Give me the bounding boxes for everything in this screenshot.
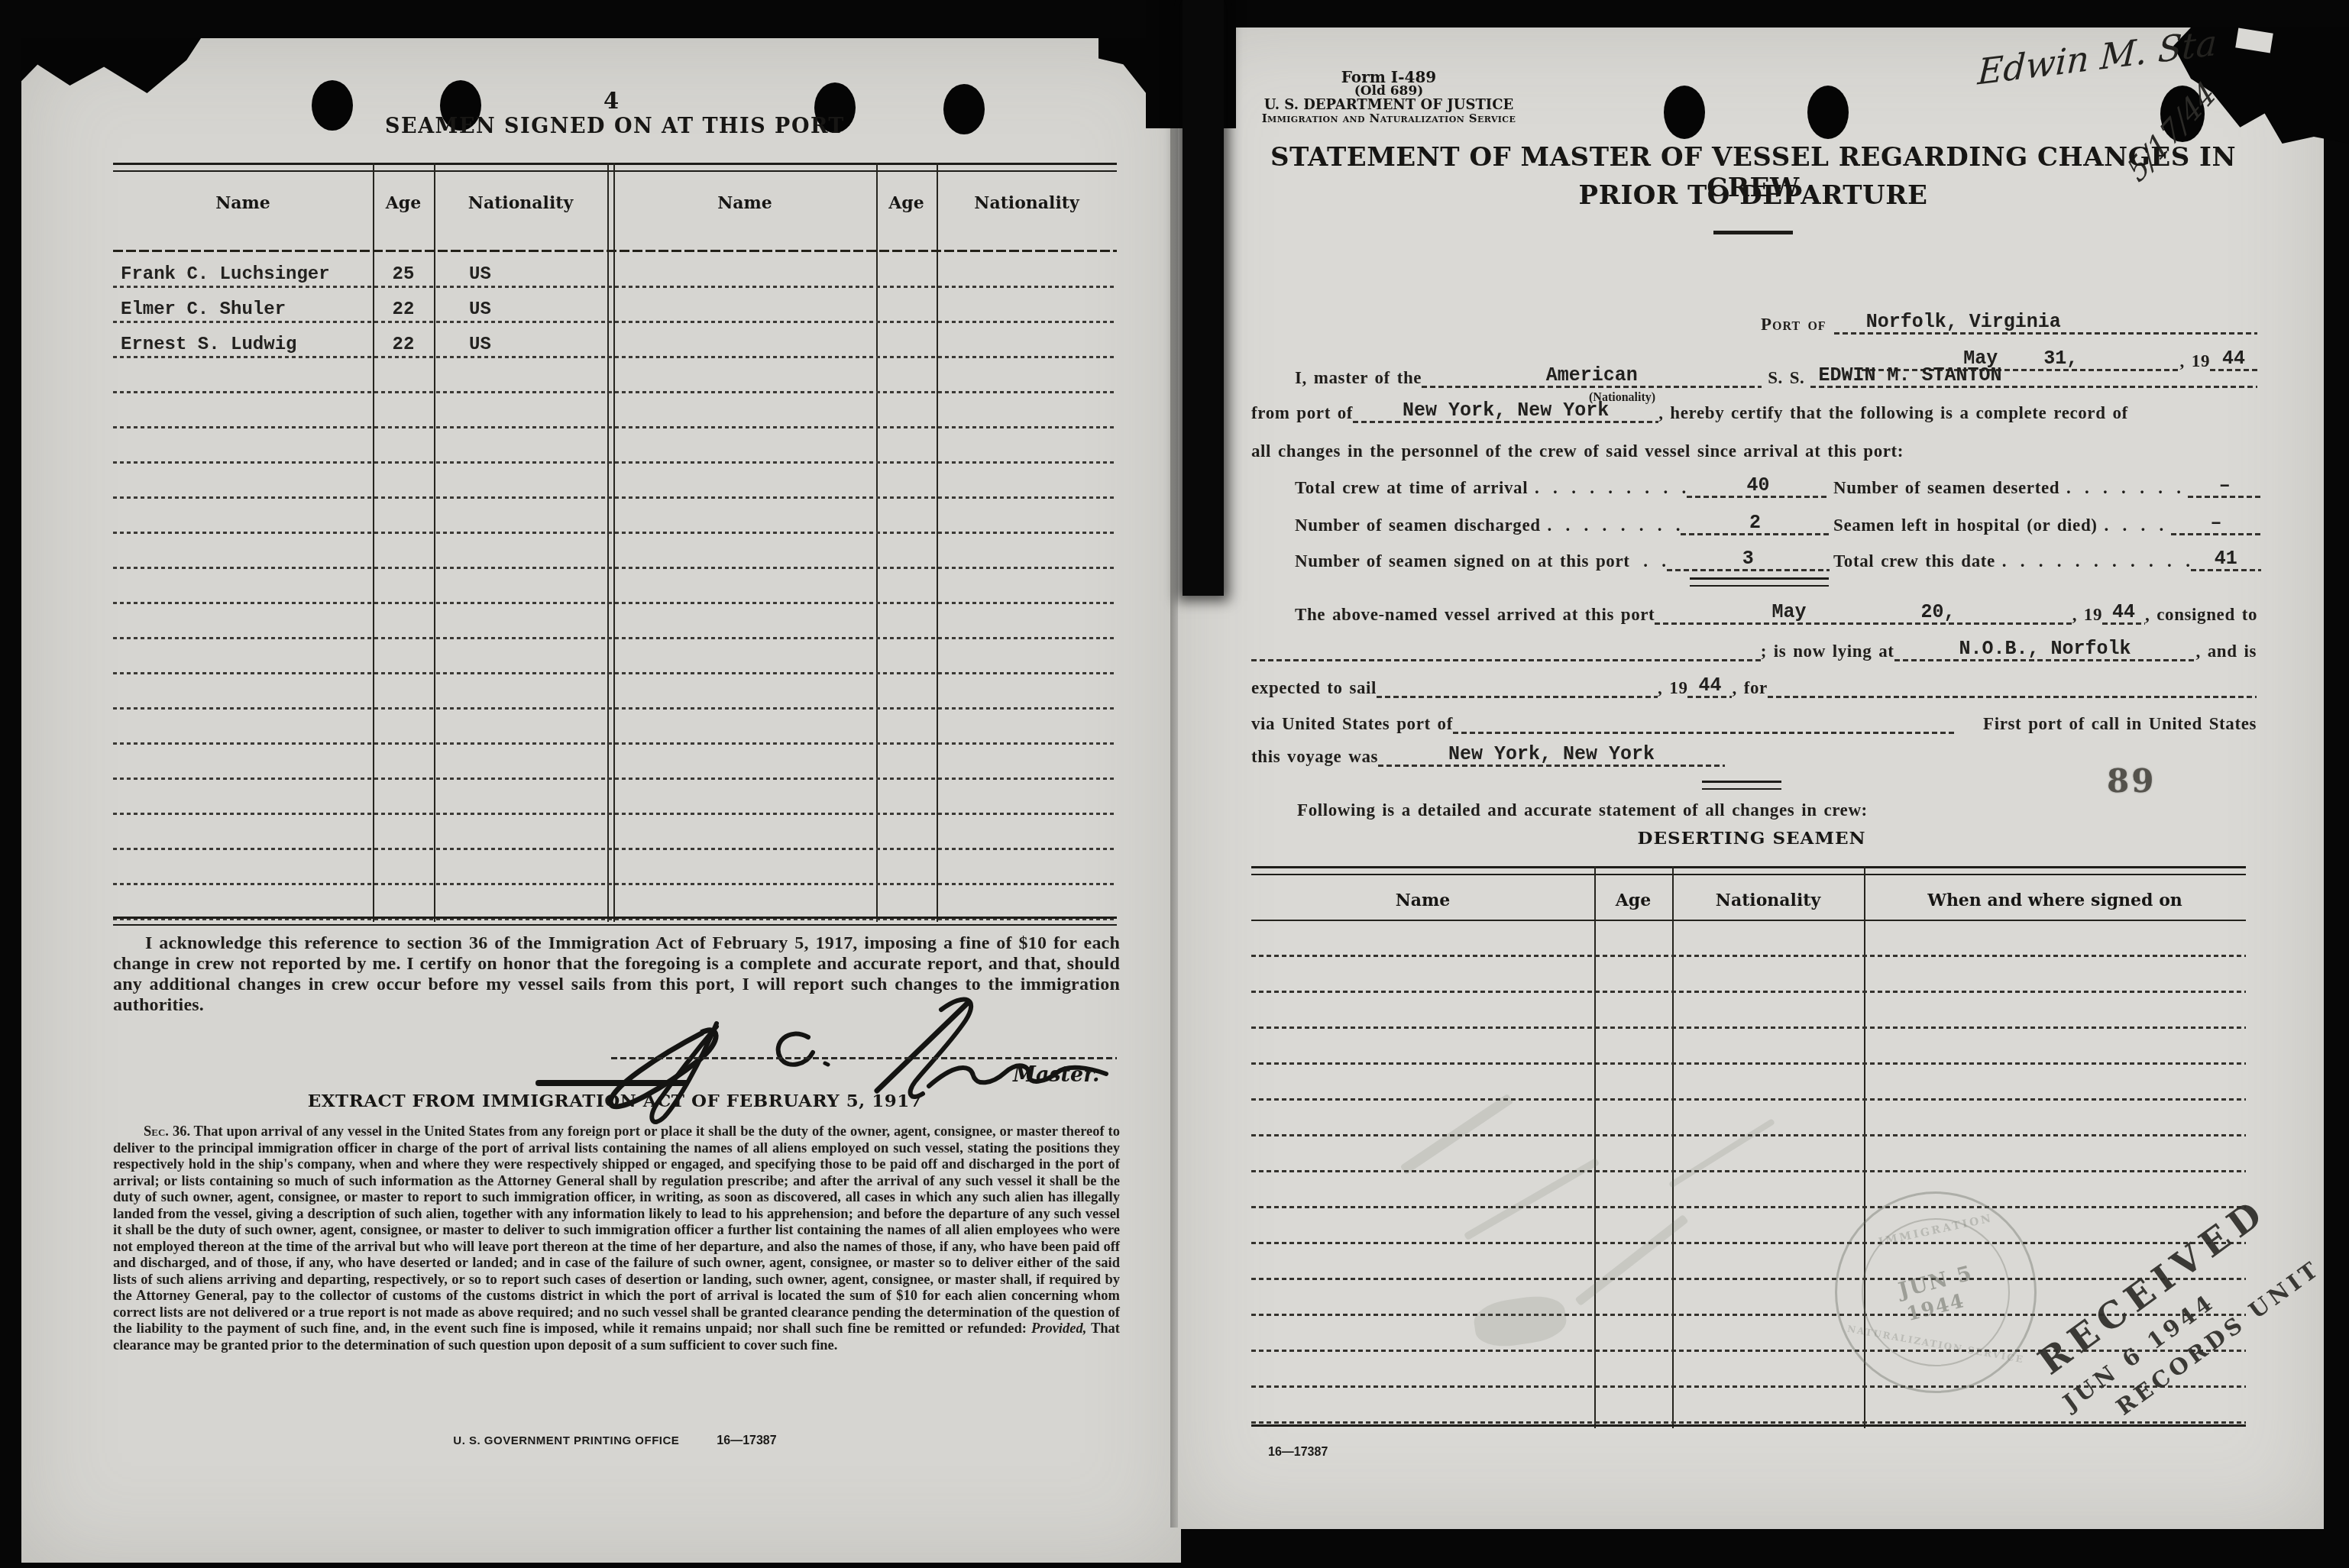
- table-row: Frank C. Luchsinger 25 US: [113, 253, 1117, 288]
- first-port-label: First port of call in United States: [1983, 715, 2257, 734]
- extract-paragraph: Sec. 36. That upon arrival of any vessel…: [113, 1124, 1120, 1354]
- arrival-date: May 20,: [1655, 601, 2072, 623]
- header-rule: [113, 250, 1117, 252]
- page-number-stamp: 89: [2107, 762, 2156, 800]
- table-row: [1251, 993, 2246, 1029]
- table-bottom-rule: [113, 917, 1117, 926]
- table-row: [1251, 921, 2246, 957]
- col-header-name: Name: [113, 193, 373, 213]
- from-port-line: from port of New York, New York , hereby…: [1251, 394, 2257, 423]
- table-row: [1251, 1029, 2246, 1065]
- col-header-age: Age: [1594, 891, 1672, 910]
- form-title-line2: PRIOR TO DEPARTURE: [1222, 180, 2284, 211]
- table-row: [113, 464, 1117, 499]
- form-print-number: 16—17387: [1268, 1446, 1328, 1460]
- table-row: [1251, 1244, 2246, 1280]
- master-line: I, master of the American S. S. EDWIN M.…: [1295, 359, 2257, 388]
- table-row: [113, 569, 1117, 604]
- page-number: 4: [596, 88, 626, 114]
- voyage-origin: New York, New York: [1378, 743, 1725, 765]
- from-port-label: from port of: [1251, 404, 1353, 423]
- table-top-rule: [113, 163, 1117, 172]
- col-header-nationality: Nationality: [434, 193, 607, 213]
- table-row: [1251, 1208, 2246, 1244]
- ss-label: S. S.: [1762, 369, 1810, 388]
- table-row: [113, 745, 1117, 780]
- deserting-seamen-title: DESERTING SEAMEN: [1251, 828, 2252, 849]
- vessel-name: EDWIN M. STANTON: [1810, 364, 2257, 386]
- stats-row: Total crew at time of arrival . . . . . …: [1295, 472, 1830, 498]
- table-row: [113, 674, 1117, 710]
- table-row: [1251, 1172, 2246, 1208]
- left-footer: U. S. GOVERNMENT PRINTING OFFICE 16—1738…: [113, 1434, 1117, 1448]
- seamen-signed-on: 3: [1667, 548, 1830, 570]
- master-caption: Master.: [1013, 1063, 1099, 1087]
- col-header-age2: Age: [876, 193, 937, 213]
- lying-location: N.O.B., Norfolk: [1894, 638, 2196, 660]
- via-line: via United States port of First port of …: [1251, 705, 2257, 734]
- port-value: Norfolk, Virginia: [1834, 311, 2257, 333]
- stats-row: Number of seamen signed on at this port …: [1295, 545, 1830, 571]
- table-row: Elmer C. Shuler 22 US: [113, 288, 1117, 323]
- seaman-name: Ernest S. Ludwig: [121, 335, 296, 355]
- extract-title: EXTRACT FROM IMMIGRATION ACT OF FEBRUARY…: [113, 1091, 1117, 1111]
- lying-line: ; is now lying at N.O.B., Norfolk , and …: [1251, 632, 2257, 661]
- sail-line: expected to sail , 19 44 , for: [1251, 669, 2257, 698]
- following-text: Following is a detailed and accurate sta…: [1297, 800, 1868, 820]
- printing-office-imprint: U. S. GOVERNMENT PRINTING OFFICE: [453, 1434, 679, 1447]
- col-header-name2: Name: [613, 193, 876, 213]
- punch-hole: [1664, 86, 1705, 139]
- col-header-nationality: Nationality: [1672, 891, 1864, 910]
- table-row: [1251, 957, 2246, 993]
- signed-on-table: Name Age Nationality Name Age Nationalit…: [113, 163, 1117, 922]
- table-row: [113, 358, 1117, 393]
- arrival-line: The above-named vessel arrived at this p…: [1295, 596, 2257, 625]
- port-label: Port of: [1761, 315, 1826, 335]
- signature-line: [611, 1057, 1117, 1059]
- voyage-line: this voyage was New York, New York: [1251, 738, 1725, 767]
- table-row: [113, 534, 1117, 569]
- stats-row: Seamen left in hospital (or died) . . . …: [1833, 509, 2261, 535]
- table-top-rule: [1251, 866, 2246, 875]
- seaman-age: 22: [373, 335, 434, 355]
- seamen-hospital: –: [2171, 512, 2261, 534]
- seaman-name: Elmer C. Shuler: [121, 299, 286, 320]
- table-row: [113, 885, 1117, 920]
- sail-year: 44: [1687, 674, 1732, 697]
- round-date-stamp: IMMIGRATION JUN 5 1944 NATURALIZATION SE…: [1835, 1191, 2037, 1393]
- table-row: [1251, 1065, 2246, 1101]
- table-row: [113, 780, 1117, 815]
- col-header-signed-on: When and where signed on: [1864, 891, 2246, 910]
- seaman-nationality: US: [469, 264, 491, 285]
- certify-suffix: , hereby certify that the following is a…: [1658, 404, 2128, 423]
- department-name: U. S. DEPARTMENT OF JUSTICE: [1244, 98, 1534, 112]
- col-header-age: Age: [373, 193, 434, 213]
- torn-edge: [1183, 0, 1224, 596]
- stats-row: Number of seamen discharged . . . . . . …: [1295, 509, 1830, 535]
- from-port-value: New York, New York: [1353, 399, 1658, 422]
- seamen-discharged: 2: [1681, 512, 1830, 534]
- col-header-name: Name: [1251, 891, 1594, 910]
- seaman-nationality: US: [469, 299, 491, 320]
- table-row: [113, 815, 1117, 850]
- seaman-name: Frank C. Luchsinger: [121, 264, 330, 285]
- table-row: [113, 850, 1117, 885]
- stats-row: Total crew this date . . . . . . . . . .…: [1833, 545, 2261, 571]
- table-row: [1251, 1101, 2246, 1136]
- table-row: [113, 428, 1117, 464]
- extract-provided: Provided,: [1031, 1321, 1086, 1337]
- total-crew-date: 41: [2191, 548, 2262, 570]
- extract-lead: Sec. 36.: [144, 1124, 190, 1140]
- form-old-number: (Old 689): [1244, 85, 1534, 98]
- total-crew-arrival: 40: [1687, 474, 1830, 496]
- scanned-document: 4 SEAMEN SIGNED ON AT THIS PORT Name Age…: [0, 0, 2349, 1568]
- form-print-number: 16—17387: [717, 1434, 776, 1447]
- extract-body-1: That upon arrival of any vessel in the U…: [113, 1124, 1120, 1337]
- seaman-age: 22: [373, 299, 434, 320]
- table-row: [113, 604, 1117, 639]
- punch-hole: [1807, 86, 1849, 139]
- port-line: Port of Norfolk, Virginia: [1761, 306, 2257, 335]
- left-section-title: SEAMEN SIGNED ON AT THIS PORT: [113, 115, 1117, 138]
- service-name: Immigration and Naturalization Service: [1244, 112, 1534, 124]
- seaman-nationality: US: [469, 335, 491, 355]
- title-rule: [1713, 231, 1793, 234]
- table-row: Ernest S. Ludwig 22 US: [113, 323, 1117, 358]
- seaman-age: 25: [373, 264, 434, 285]
- table-row: [113, 499, 1117, 534]
- col-header-nationality2: Nationality: [937, 193, 1117, 213]
- vessel-nationality: American: [1422, 364, 1762, 386]
- master-prefix: I, master of the: [1295, 369, 1422, 388]
- seamen-deserted: –: [2188, 474, 2261, 496]
- section-rule: [1702, 781, 1781, 790]
- table-row: [113, 710, 1117, 745]
- table-row: [113, 393, 1117, 428]
- stats-row: Number of seamen deserted . . . . . . . …: [1833, 472, 2261, 498]
- table-row: [113, 639, 1117, 674]
- form-id-block: Form I-489 (Old 689) U. S. DEPARTMENT OF…: [1244, 70, 1534, 124]
- arrival-year: 44: [2102, 601, 2145, 623]
- section-rule: [1690, 577, 1829, 587]
- certify-line2: all changes in the personnel of the crew…: [1251, 441, 1904, 461]
